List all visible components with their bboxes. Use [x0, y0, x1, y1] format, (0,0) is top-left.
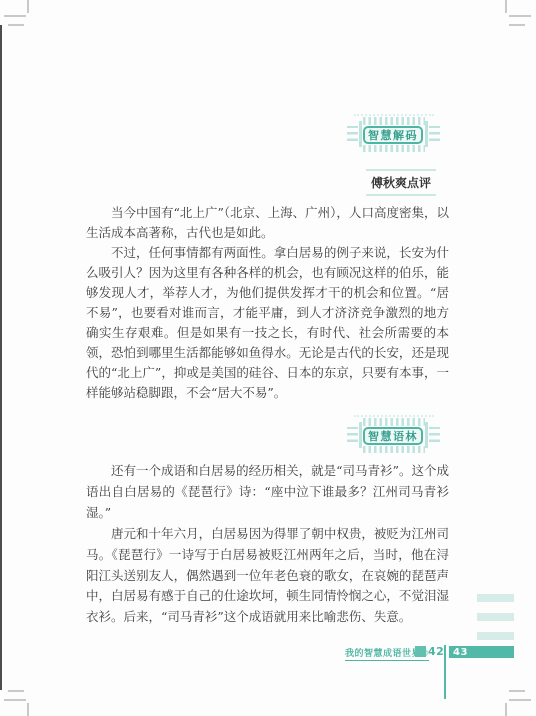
badge-left-lines-decoration	[347, 427, 358, 442]
edge-tab-decoration	[477, 632, 514, 640]
crop-mark-top-right-dash	[509, 24, 525, 26]
section2-text: 还有一个成语和白居易的经历相关，就是“司马青衫”。这个成语出自白居易的《琵琶行》…	[86, 461, 449, 628]
footer-square-decoration	[415, 646, 426, 657]
badge-left-bar-decoration	[359, 121, 362, 147]
badge-barcode-bottom-decoration	[363, 446, 425, 453]
badge-left-lines-decoration	[347, 126, 358, 141]
edge-tab-decoration	[477, 594, 514, 602]
section1-subtitle: 傅秋爽点评	[366, 169, 436, 196]
edge-tab-decoration	[477, 613, 514, 621]
paragraph: 唐元和十年六月，白居易因为得罪了朝中权贵，被贬为江州司马。《琵琶行》一诗写于白居…	[86, 524, 449, 629]
badge-barcode-bottom-decoration	[363, 145, 425, 152]
crop-mark-bottom-right-dash	[509, 690, 525, 692]
badge-barcode-top-decoration	[363, 418, 425, 426]
page-left-edge-line	[0, 25, 2, 690]
badge-left-bar-decoration	[359, 422, 362, 448]
section2-badge: 智慧语林	[363, 427, 423, 445]
book-page: 智慧解码 傅秋爽点评 当今中国有“北上广”（北京、上海、广州），人口高度密集，以…	[0, 0, 536, 716]
crop-mark-top-left-v	[27, 0, 29, 13]
badge-right-lines-decoration	[429, 126, 440, 141]
section1-text: 当今中国有“北上广”（北京、上海、广州），人口高度密集，以生活成本高著称，古代也…	[86, 203, 449, 403]
badge-barcode-top-decoration	[363, 117, 425, 125]
paragraph: 当今中国有“北上广”（北京、上海、广州），人口高度密集，以生活成本高著称，古代也…	[86, 203, 449, 243]
paragraph: 还有一个成语和白居易的经历相关，就是“司马青衫”。这个成语出自白居易的《琵琶行》…	[86, 461, 449, 524]
badge-right-bar-decoration	[425, 422, 428, 448]
footer-page-number-right-bar: 43	[449, 646, 514, 658]
crop-mark-bottom-left-dash	[8, 690, 24, 692]
crop-mark-bottom-right-h	[509, 699, 531, 701]
badge-right-lines-decoration	[429, 427, 440, 442]
crop-mark-top-right-v	[505, 0, 507, 13]
section1-badge: 智慧解码	[363, 126, 423, 144]
crop-mark-bottom-left-v	[27, 703, 29, 716]
crop-mark-top-right-h	[509, 15, 531, 17]
section2-badge-group: 智慧语林	[346, 415, 446, 457]
crop-mark-bottom-right-v	[505, 703, 507, 716]
paragraph: 不过，任何事情都有两面性。拿白居易的例子来说，长安为什么吸引人？因为这里有各种各…	[86, 243, 449, 403]
section1-badge-group: 智慧解码	[346, 114, 446, 156]
badge-right-bar-decoration	[425, 121, 428, 147]
badge-dotted-line-decoration	[354, 415, 434, 417]
crop-mark-top-left-dash	[8, 24, 24, 26]
footer-page-number-left: 42	[428, 645, 444, 658]
crop-mark-bottom-left-h	[4, 699, 26, 701]
crop-mark-top-left-h	[4, 15, 26, 17]
badge-dotted-line-decoration	[354, 114, 434, 116]
footer-divider-line	[444, 645, 446, 699]
